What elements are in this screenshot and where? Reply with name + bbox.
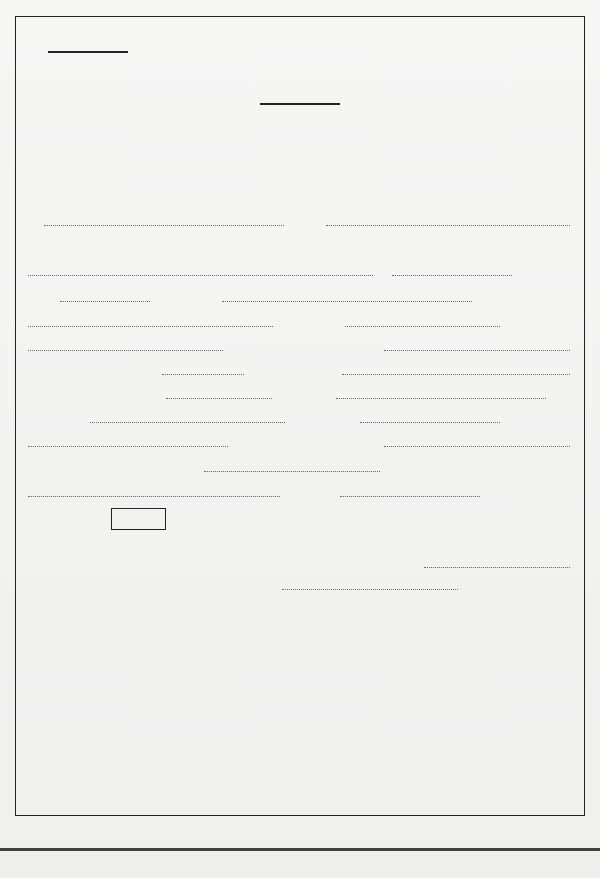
binding-note xyxy=(0,350,12,520)
scan-edge xyxy=(0,848,600,851)
document-page xyxy=(0,0,600,878)
license-number-line xyxy=(48,51,128,53)
subtitle-rule xyxy=(260,103,340,105)
seal-box xyxy=(111,508,166,530)
document-border xyxy=(15,16,585,816)
